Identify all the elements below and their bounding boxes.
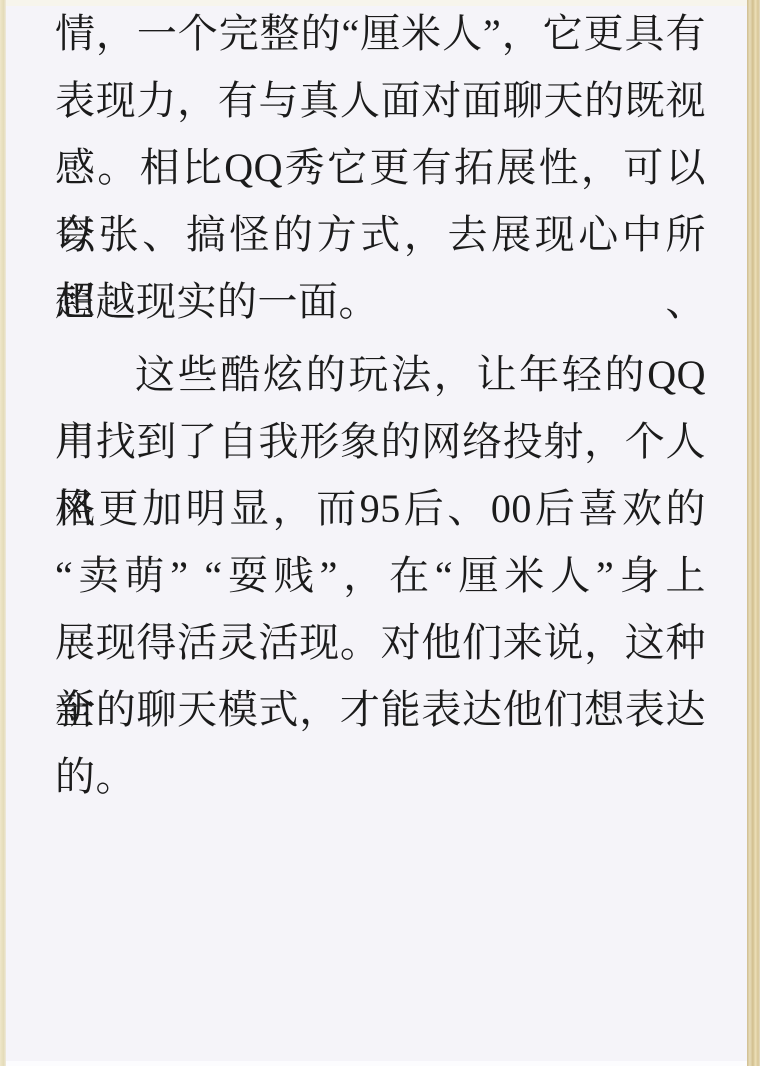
page-left-edge: [0, 0, 6, 1066]
text-line: 新的聊天模式，才能表达他们想表达: [55, 676, 706, 743]
text-line: 户找到了自我形象的网络投射，个人风: [55, 408, 706, 475]
paragraph: 这些酷炫的玩法，让年轻的QQ用 户找到了自我形象的网络投射，个人风 格更加明显，…: [55, 341, 706, 810]
text-line: 感。相比QQ秀它更有拓展性，可以以: [55, 134, 706, 201]
paragraph: 情，一个完整的“厘米人”，它更具有 表现力，有与真人面对面聊天的既视 感。相比Q…: [55, 0, 706, 335]
text-line: 这些酷炫的玩法，让年轻的QQ用: [55, 341, 706, 408]
text-line: 的。: [55, 743, 706, 810]
page-right-edge: [747, 0, 760, 1066]
ebook-reading-page[interactable]: 情，一个完整的“厘米人”，它更具有 表现力，有与真人面对面聊天的既视 感。相比Q…: [55, 0, 706, 810]
text-line: “卖萌” “耍贱”，在“厘米人”身上: [55, 542, 706, 609]
text-line: 夸张、搞怪的方式，去展现心中所想、: [55, 201, 706, 268]
text-line: 情，一个完整的“厘米人”，它更具有: [55, 0, 706, 67]
text-line: 展现得活灵活现。对他们来说，这种全: [55, 609, 706, 676]
text-line: 表现力，有与真人面对面聊天的既视: [55, 67, 706, 134]
text-line: 格更加明显，而95后、00后喜欢的: [55, 475, 706, 542]
page-bottom-edge: [6, 1061, 747, 1066]
